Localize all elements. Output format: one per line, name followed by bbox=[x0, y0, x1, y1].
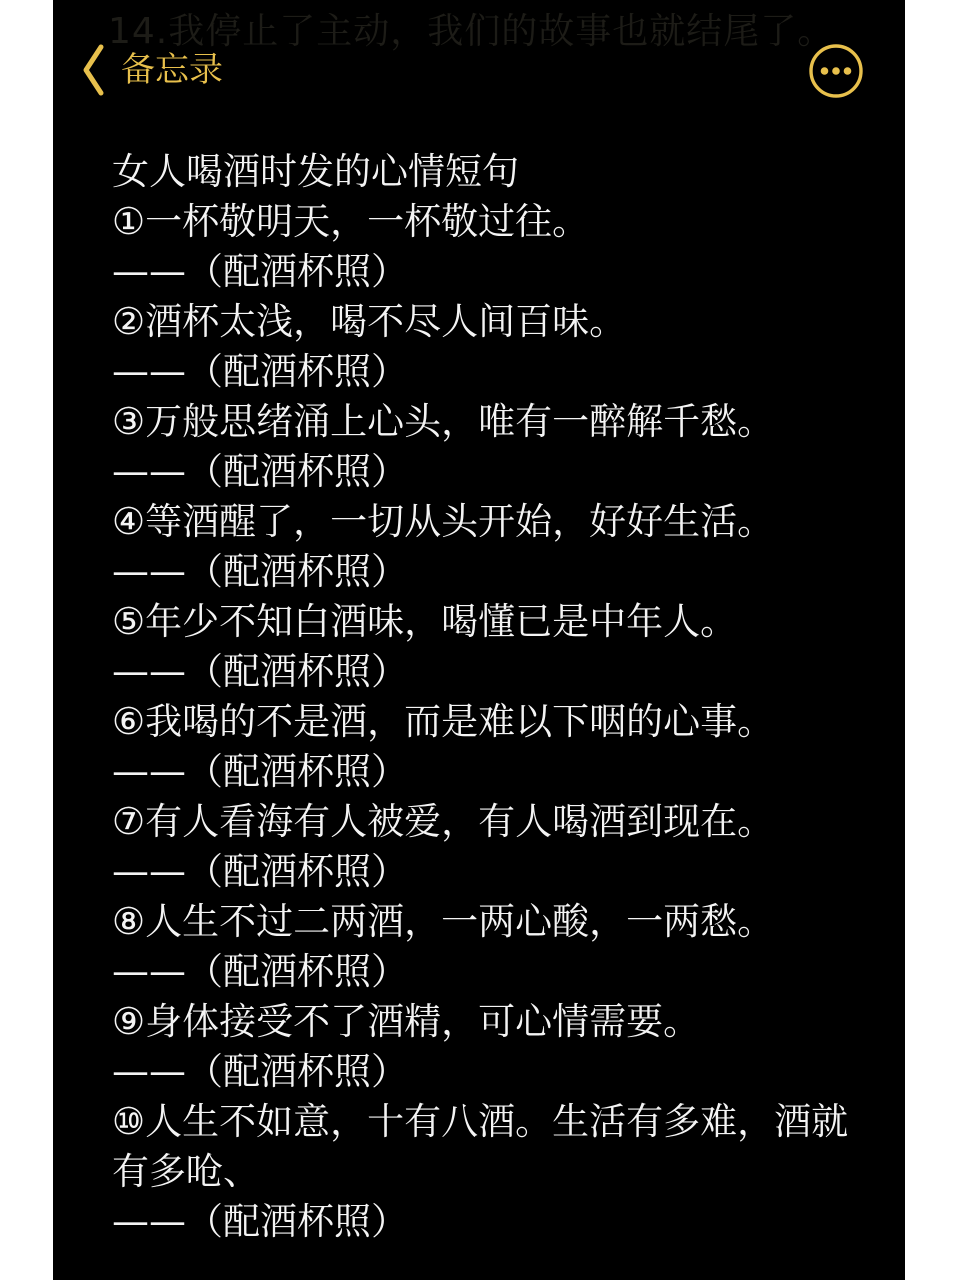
notes-app-screen: 14.我停止了主动，我们的故事也就结尾了。 备忘录 女人喝酒时发的心情短句 ①一… bbox=[53, 0, 905, 1280]
note-line: ⑥我喝的不是酒，而是难以下咽的心事。 bbox=[112, 697, 892, 747]
note-line: ——（配酒杯照） bbox=[112, 747, 892, 797]
chevron-left-icon bbox=[81, 42, 105, 98]
back-label: 备忘录 bbox=[121, 42, 223, 98]
note-line: ——（配酒杯照） bbox=[112, 1197, 892, 1247]
more-button[interactable] bbox=[805, 40, 867, 102]
note-line: ⑤年少不知白酒味，喝懂已是中年人。 bbox=[112, 597, 892, 647]
note-line: ——（配酒杯照） bbox=[112, 547, 892, 597]
note-line: ②酒杯太浅，喝不尽人间百味。 bbox=[112, 297, 892, 347]
note-line: ①一杯敬明天，一杯敬过往。 bbox=[112, 197, 892, 247]
back-button[interactable]: 备忘录 bbox=[81, 42, 223, 98]
note-line: ⑧人生不过二两酒，一两心酸，一两愁。 bbox=[112, 897, 892, 947]
note-body[interactable]: 女人喝酒时发的心情短句 ①一杯敬明天，一杯敬过往。——（配酒杯照）②酒杯太浅，喝… bbox=[112, 147, 892, 1247]
note-line: ——（配酒杯照） bbox=[112, 1047, 892, 1097]
note-line: ——（配酒杯照） bbox=[112, 247, 892, 297]
note-line: ④等酒醒了，一切从头开始，好好生活。 bbox=[112, 497, 892, 547]
note-line: ⑩人生不如意，十有八酒。生活有多难，酒就 bbox=[112, 1097, 892, 1147]
note-lines: ①一杯敬明天，一杯敬过往。——（配酒杯照）②酒杯太浅，喝不尽人间百味。——（配酒… bbox=[112, 197, 892, 1247]
note-line: ⑦有人看海有人被爱，有人喝酒到现在。 bbox=[112, 797, 892, 847]
note-line: ——（配酒杯照） bbox=[112, 347, 892, 397]
note-line: ③万般思绪涌上心头，唯有一醉解千愁。 bbox=[112, 397, 892, 447]
note-line: ——（配酒杯照） bbox=[112, 647, 892, 697]
note-line: 有多呛、 bbox=[112, 1147, 892, 1197]
note-title: 女人喝酒时发的心情短句 bbox=[112, 147, 892, 197]
note-line: ——（配酒杯照） bbox=[112, 847, 892, 897]
ellipsis-circle-icon bbox=[805, 40, 867, 102]
note-line: ——（配酒杯照） bbox=[112, 447, 892, 497]
note-line: ⑨身体接受不了酒精，可心情需要。 bbox=[112, 997, 892, 1047]
navbar: 备忘录 bbox=[53, 0, 905, 115]
note-line: ——（配酒杯照） bbox=[112, 947, 892, 997]
